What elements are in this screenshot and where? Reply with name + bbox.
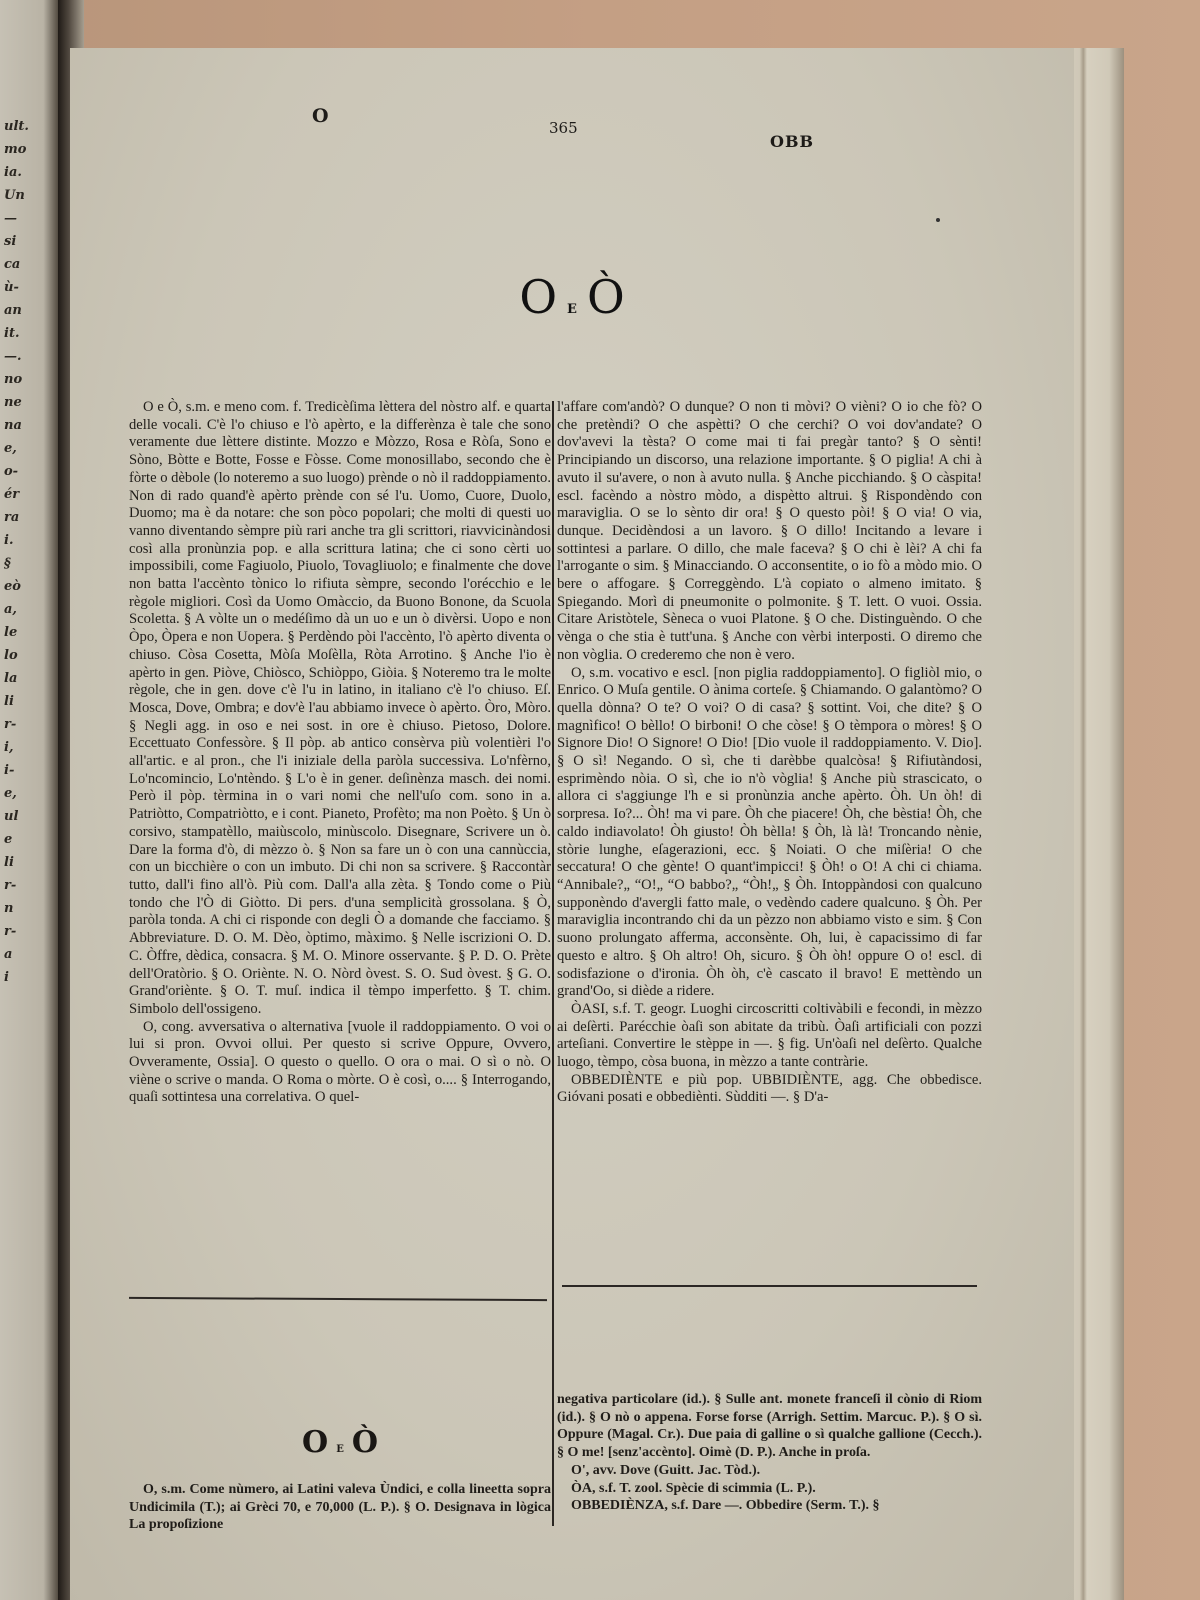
guide-word: OBB [770,132,814,151]
previous-page-text-fragment: ca [4,256,20,273]
previous-page-text-fragment: n [4,900,13,917]
previous-page-edge: ult.moia.Un—sicaù-anit.—.nonenae,o-érrai… [0,0,62,1600]
previous-page-text-fragment: r- [4,923,16,940]
right-column: l'affare com'andò? O dunque? O non ti mò… [557,399,982,1107]
previous-page-text-fragment: no [4,371,22,388]
previous-page-text-fragment: o- [4,463,18,480]
previous-page-text-fragment: i. [4,532,13,549]
supplement-entry-o-adverb: O', avv. Dove (Guitt. Jac. Tòd.). [557,1462,982,1480]
supplement-title-letter: O [302,1425,328,1460]
entry-obbediente: OBBEDIÈNTE e più pop. UBBIDIÈNTE, agg. C… [557,1072,982,1107]
previous-page-text-fragment: le [4,624,17,641]
supplement-entry-continued: negativa particolare (id.). § Sulle ant.… [557,1391,982,1462]
previous-page-text-fragment: mo [4,141,26,158]
supplement-divider-left [129,1297,547,1301]
previous-page-text-fragment: ra [4,509,19,526]
section-title-accented-letter: Ò [587,270,625,324]
column-divider [552,401,554,1526]
previous-page-text-fragment: i- [4,762,14,779]
previous-page-text-fragment: ér [4,486,19,503]
previous-page-text-fragment: lo [4,647,18,664]
previous-page-text-fragment: ia. [4,164,22,181]
previous-page-text-fragment: i [4,969,9,986]
previous-page-text-fragment: ne [4,394,22,411]
entry-o-vocative: O, s.m. vocativo e escl. [non piglia rad… [557,665,982,1001]
previous-page-text-fragment: —. [4,348,22,365]
previous-page-text-fragment: na [4,417,22,434]
previous-page-text-fragment: ult. [4,118,29,135]
previous-page-text-fragment: r- [4,877,16,894]
left-column: O e Ò, s.m. e meno com. f. Tredicèſima l… [129,399,551,1107]
section-title-conjunction: E [567,302,577,317]
supplement-entry-o-number: O, s.m. Come nùmero, ai Latini valeva Ùn… [129,1481,551,1534]
previous-page-text-fragment: eò [4,578,21,595]
section-title-letter: O [519,270,557,324]
previous-page-text-fragment: li [4,854,14,871]
ink-speck [936,218,940,222]
running-head-letter: O [312,105,329,127]
previous-page-text-fragment: § [4,555,11,572]
supplement-entry-obbedienza: OBBEDIÈNZA, s.f. Dare —. Obbedire (Serm.… [557,1497,982,1515]
dictionary-page: O 365 OBB OEÒ O e Ò, s.m. e meno com. f.… [70,48,1074,1600]
entry-o-noun: O e Ò, s.m. e meno com. f. Tredicèſima l… [129,399,551,1019]
previous-page-text-fragment: r- [4,716,16,733]
previous-page-text-fragment: a, [4,601,17,618]
page-number: 365 [549,119,578,137]
previous-page-text-fragment: a [4,946,12,963]
previous-page-text-fragment: it. [4,325,19,342]
entry-oasi: ÒASI, s.f. T. geogr. Luoghi circoscritti… [557,1001,982,1072]
supplement-left-column: O, s.m. Come nùmero, ai Latini valeva Ùn… [129,1481,551,1534]
supplement-right-column: negativa particolare (id.). § Sulle ant.… [557,1391,982,1515]
previous-page-text-fragment: ù- [4,279,19,296]
previous-page-text-fragment: la [4,670,17,687]
previous-page-text-fragment: e, [4,785,17,802]
previous-page-text-fragment: Un [4,187,25,204]
previous-page-text-fragment: ul [4,808,18,825]
supplement-entry-oa: ÒA, s.f. T. zool. Spècie di scimmia (L. … [557,1480,982,1498]
supplement-divider-right [562,1285,977,1287]
previous-page-text-fragment: li [4,693,14,710]
section-title: OEÒ [70,270,1074,324]
previous-page-text-fragment: i, [4,739,13,756]
previous-page-text-fragment: si [4,233,16,250]
supplement-title-accented-letter: Ò [352,1425,378,1460]
previous-page-text-fragment: an [4,302,22,319]
previous-page-text-fragment: — [4,210,17,227]
previous-page-text-fragment: e, [4,440,17,457]
supplement-title-conjunction: E [336,1444,344,1455]
previous-page-text-fragment: e [4,831,12,848]
supplement-title: OEÒ [129,1425,551,1460]
entry-o-conjunction-continued: l'affare com'andò? O dunque? O non ti mò… [557,399,982,665]
entry-o-conjunction: O, cong. avversativa o alternativa [vuol… [129,1019,551,1108]
